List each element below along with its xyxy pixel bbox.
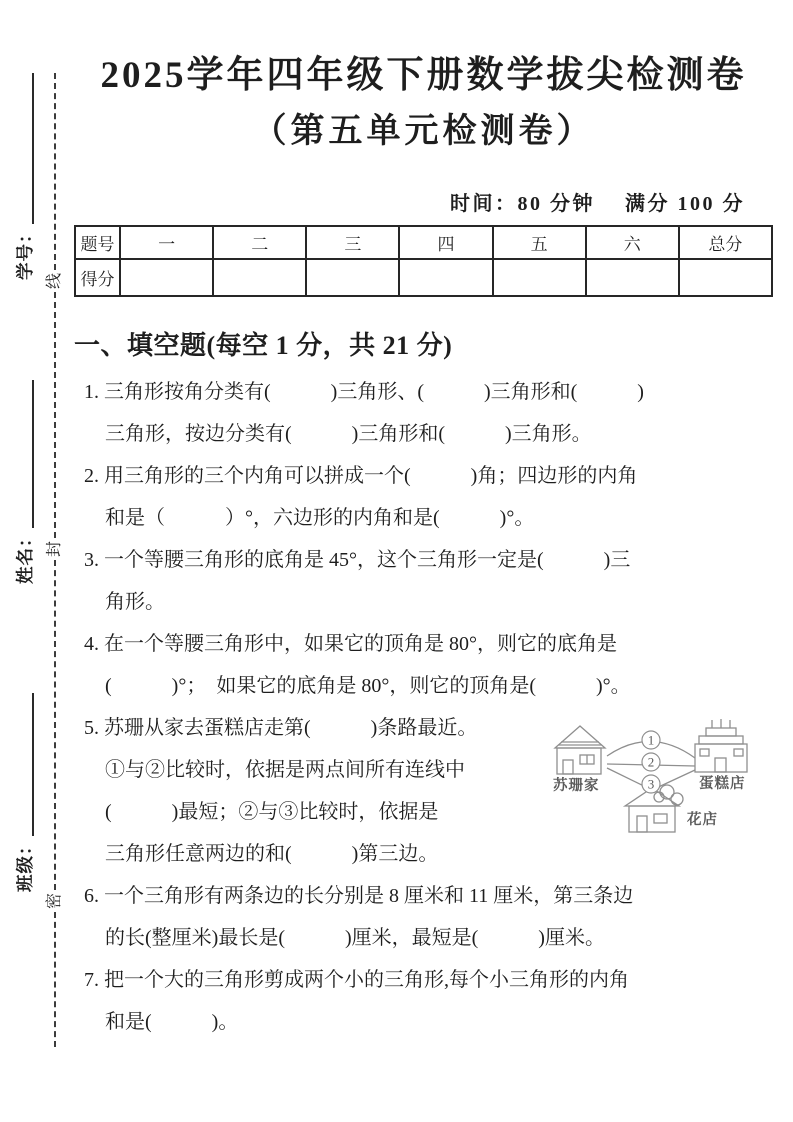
seal-line-segment xyxy=(54,560,56,890)
question-line: 6. 一个三角形有两条边的长分别是 8 厘米和 11 厘米，第三条边 xyxy=(84,875,773,917)
cake-shop-icon xyxy=(695,719,747,772)
route-diagram: 1 2 3 苏珊家 蛋糕店 花店 xyxy=(549,712,761,858)
route-number-badges: 1 2 3 xyxy=(642,731,660,793)
score-table-header-cell: 总分 xyxy=(679,226,772,259)
score-cell-empty xyxy=(679,259,772,296)
score-cell-empty xyxy=(120,259,213,296)
question-line: 三角形，按边分类有( )三角形和( )三角形。 xyxy=(84,413,773,455)
question-line: 2. 用三角形的三个内角可以拼成一个( )角；四边形的内角 xyxy=(84,455,773,497)
score-table-header-cell: 一 xyxy=(120,226,213,259)
seal-line-segment xyxy=(54,73,56,270)
exam-subtitle: （第五单元检测卷） xyxy=(74,113,773,151)
question-line: 7. 把一个大的三角形剪成两个小的三角形,每个小三角形的内角 xyxy=(84,959,773,1001)
class-label: 班级： xyxy=(14,837,37,893)
question-1: 1. 三角形按角分类有( )三角形、( )三角形和( ) 三角形，按边分类有( … xyxy=(84,371,773,455)
seal-line: 密 封 线 xyxy=(45,73,64,1047)
question-7: 7. 把一个大的三角形剪成两个小的三角形,每个小三角形的内角 和是( )。 xyxy=(84,959,773,1043)
exam-time-and-score: 时间：80 分钟 满分 100 分 xyxy=(74,187,773,216)
score-table-header-cell: 三 xyxy=(306,226,399,259)
score-table-header-cell: 四 xyxy=(399,226,492,259)
question-4: 4. 在一个等腰三角形中，如果它的顶角是 80°，则它的底角是 ( )°； 如果… xyxy=(84,623,773,707)
question-line: 角形。 xyxy=(84,581,773,623)
score-table-header-cell: 五 xyxy=(493,226,586,259)
score-table-header-cell: 六 xyxy=(586,226,679,259)
class-field: 班级： xyxy=(13,693,37,892)
home-icon xyxy=(555,726,605,774)
home-label: 苏珊家 xyxy=(553,776,600,794)
score-table-header-cell: 二 xyxy=(213,226,306,259)
section-one-heading: 一、填空题(每空 1 分，共 21 分) xyxy=(74,328,773,364)
question-6: 6. 一个三角形有两条边的长分别是 8 厘米和 11 厘米，第三条边 的长(整厘… xyxy=(84,875,773,959)
route-2-number: 2 xyxy=(648,755,655,770)
route-3-number: 3 xyxy=(648,777,655,792)
seal-char-feng: 封 xyxy=(45,538,64,560)
seal-char-mi: 密 xyxy=(45,890,64,912)
student-name-blank-line xyxy=(32,380,34,529)
score-cell-empty xyxy=(399,259,492,296)
student-name-field: 姓名： xyxy=(13,380,37,584)
question-line: 3. 一个等腰三角形的底角是 45°，这个三角形一定是( )三 xyxy=(84,539,773,581)
class-blank-line xyxy=(32,693,34,837)
student-id-blank-line xyxy=(32,73,34,225)
question-line: 4. 在一个等腰三角形中，如果它的顶角是 80°，则它的底角是 xyxy=(84,623,773,665)
question-3: 3. 一个等腰三角形的底角是 45°，这个三角形一定是( )三 角形。 xyxy=(84,539,773,623)
cake-shop-label: 蛋糕店 xyxy=(699,774,746,792)
seal-line-segment xyxy=(54,912,56,1047)
question-line: ( )°； 如果它的底角是 80°，则它的顶角是( )°。 xyxy=(84,665,773,707)
score-row-label: 得分 xyxy=(75,259,120,296)
question-line: 的长(整厘米)最长是( )厘米，最短是( )厘米。 xyxy=(84,917,773,959)
student-name-label: 姓名： xyxy=(14,529,37,585)
score-table-score-row: 得分 xyxy=(75,259,772,296)
score-cell-empty xyxy=(213,259,306,296)
score-cell-empty xyxy=(493,259,586,296)
score-table: 题号 一 二 三 四 五 六 总分 得分 xyxy=(74,225,773,297)
exam-title: 2025学年四年级下册数学拔尖检测卷 xyxy=(74,55,773,97)
score-table-header-cell: 题号 xyxy=(75,226,120,259)
seal-line-segment xyxy=(54,292,56,538)
question-2: 2. 用三角形的三个内角可以拼成一个( )角；四边形的内角 和是（ ）°，六边形… xyxy=(84,455,773,539)
score-table-header-row: 题号 一 二 三 四 五 六 总分 xyxy=(75,226,772,259)
student-id-field: 学号： xyxy=(13,73,37,280)
student-id-label: 学号： xyxy=(14,225,37,281)
fill-in-blank-questions: 1. 三角形按角分类有( )三角形、( )三角形和( ) 三角形，按边分类有( … xyxy=(74,371,773,1043)
question-line: 和是（ ）°，六边形的内角和是( )°。 xyxy=(84,497,773,539)
score-cell-empty xyxy=(306,259,399,296)
score-cell-empty xyxy=(586,259,679,296)
question-line: 1. 三角形按角分类有( )三角形、( )三角形和( ) xyxy=(84,371,773,413)
seal-char-xian: 线 xyxy=(45,270,64,292)
exam-paper-page: { "page": { "title": "2025学年四年级下册数学拔尖检测卷… xyxy=(0,0,793,1122)
route-1-number: 1 xyxy=(648,733,655,748)
main-content: 2025学年四年级下册数学拔尖检测卷 （第五单元检测卷） 时间：80 分钟 满分… xyxy=(74,0,773,1043)
question-line: 和是( )。 xyxy=(84,1001,773,1043)
flower-shop-label: 花店 xyxy=(686,810,718,828)
